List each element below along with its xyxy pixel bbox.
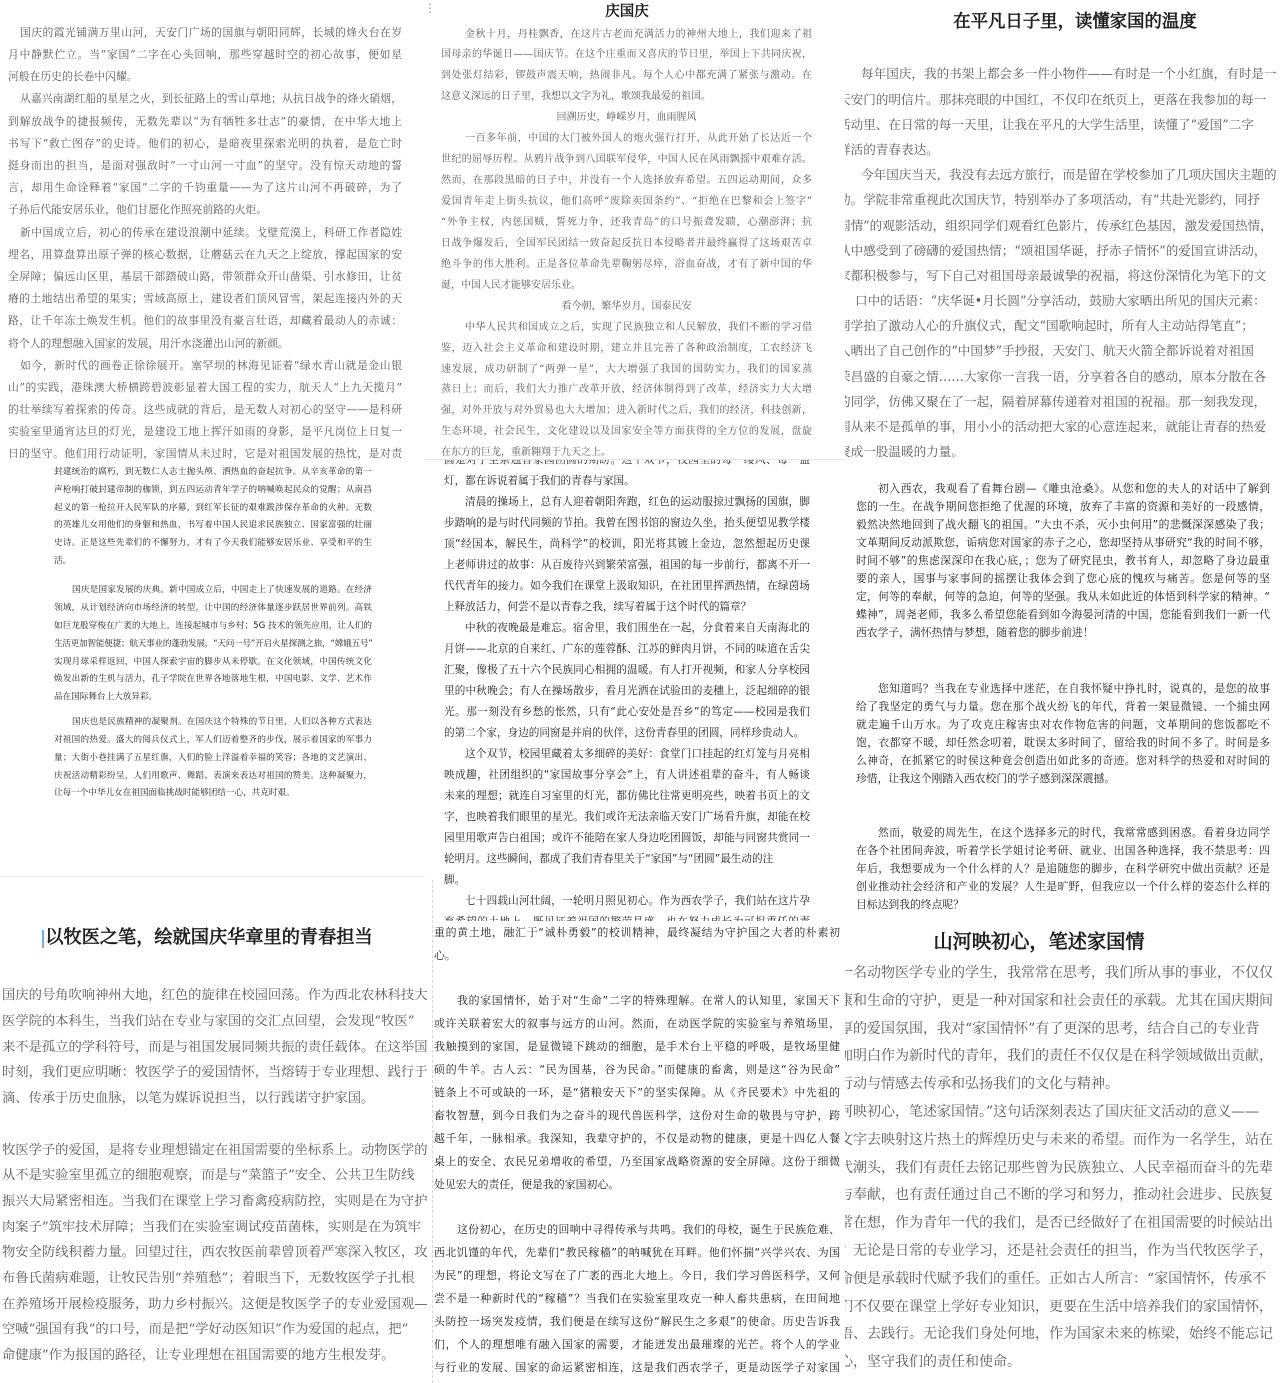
text-line: 人晒出了自己创作的“中国梦”手抄报，天安门、航天火箭全都诉说着对祖国 bbox=[845, 338, 1280, 363]
text-line: 国庆是国家发展的庆典。新中国成立后，中国走上了快速发展的道路。在经济 bbox=[54, 582, 372, 600]
text-line: 尝不是一种新时代的“稼穑”？当我们在实验室里攻克一种人畜共患病，在田间地 bbox=[434, 1287, 840, 1310]
text-line: 加明白作为新时代的青年，我们的责任不仅仅是在科学领域做出贡献， bbox=[845, 1043, 1273, 1071]
text-line: 生活更加智能便捷；航天事业的蓬勃发展，“天问一号”开启火星探测之旅，“嫦娥五号” bbox=[54, 636, 372, 654]
panel-divider-dashed bbox=[432, 880, 433, 1383]
panel-divider bbox=[0, 876, 425, 877]
text-line: 创业推动社会经济和产业的发展？人生是旷野，但我应以一个什么样的姿态什么样的 bbox=[856, 878, 1270, 896]
essay-body: 圆是对于至亲翘首家园团圆的期盼。这个双节，校园里的每一缕风、每一盏 灯，都在诉说… bbox=[444, 459, 810, 921]
text-line: 鉴，迈入社会主义革命和建设时期，建立并且完善了各种政治制度，工农经济飞 bbox=[441, 339, 812, 360]
text-line: 与行业的发展、国家的命运紧密相连，这是我们西农学子，更是动医学子对家国 bbox=[434, 1356, 840, 1379]
text-line: 国庆的号角吹响神州大地，红色的旋律在校园回荡。作为西北农林科技大 bbox=[2, 983, 428, 1009]
essay-body: 国庆的霞光铺满万里山河，天安门广场的国旗与朝阳同辉，长城的烽火台在岁 月中静默伫… bbox=[8, 22, 402, 460]
text-line: 的壮举续写着探索的传奇。这些成就的背后，是无数人对初心的坚守——是科研 bbox=[8, 399, 402, 421]
text-line: 起义的第一枪拉开人民军队的序幕，到红军长征的艰难跋涉保存革命的火种。无数 bbox=[54, 500, 372, 518]
essay-excerpt-life-and-nation: 重的黄土地，融汇于“诚朴勇毅”的校训精神，最终凝结为守护国之大者的朴素初 心。 … bbox=[432, 922, 845, 1383]
text-line: 子孙后代能安居乐业，他们甘愿化作照亮前路的火炬。 bbox=[8, 199, 402, 221]
text-line: “外争主权，内惩国贼，誓死力争，还我青岛”的口号振聋发聩，心潮澎湃；抗 bbox=[441, 213, 812, 234]
text-line: 饱，衣都穿不暖，却任然念叨着，耽误太多时间了，留给我的时间不多了。时间是多 bbox=[856, 734, 1270, 752]
text-line: 埋名，用算盘算出原子弹的核心数据，让蘑菇云在九天之上绽放，撑起国家的安 bbox=[8, 244, 402, 266]
text-line: 映成趣，社团组织的“家国故事分享会”上，有人讲述祖辈的奋斗，有人畅谈 bbox=[444, 765, 810, 786]
text-line: 布鲁氏菌病难题，让牧民告别“养殖愁”；着眼当下，无数牧医学子扎根 bbox=[2, 1266, 428, 1292]
text-line: 活动里、在日常的每一天里，让我在平凡的大学生活里，读懂了“爱国”二字 bbox=[845, 112, 1280, 137]
essay-title: 在平凡日子里，读懂家国的温度 bbox=[845, 10, 1280, 34]
text-line: 处见宏大的责任，便是我的家国初心。 bbox=[434, 1173, 840, 1196]
text-line: 初入西农，我观看了看舞台剧—《雕虫沧桑》。从您和您的夫人的对话中了解到 bbox=[856, 480, 1270, 498]
text-line: 就走遍千山万水。为了攻克庄稼害虫对农作物危害的问题，文革期间的您饭都吃不 bbox=[856, 716, 1270, 734]
text-line: 物安全防线积蓄力量。回望过往，西农牧医前辈曾顶着严寒深入牧区，攻 bbox=[2, 1240, 428, 1266]
text-line: 中华人民共和国成立之后，实现了民族独立和人民解放，我们不断的学习借 bbox=[441, 318, 812, 339]
text-line: 将个人的理想融入国家的发展，用汗水浇灌出山河的新颜。 bbox=[8, 333, 402, 355]
text-line: 文革期间反动派欺您，诟病您对国家的赤子之心，您却坚持从事研究“我的时间不够， bbox=[856, 534, 1270, 552]
text-line: 语、去践行。无论我们身处何地，作为国家未来的栋梁，始终不能忘记 bbox=[845, 1321, 1273, 1349]
text-line: 为民”的理想，将论文写在了广袤的西北大地上。今日，我们学习兽医科学，又何 bbox=[434, 1264, 840, 1287]
essay-body: 每年国庆，我的书架上都会多一件小物件——有时是一个小红旗，有时是一 天安门的明信… bbox=[845, 61, 1280, 462]
text-line: 目标达到我的终点呢？ bbox=[856, 896, 1270, 914]
essay-excerpt-family-nation: 国庆的霞光铺满万里山河，天安门广场的国旗与朝阳同辉，长城的烽火台在岁 月中静默伫… bbox=[0, 0, 425, 460]
text-line: 量；大街小巷挂满了五星红旗，人们的脸上洋溢着幸福的笑容；各地的文艺演出、 bbox=[54, 750, 372, 768]
text-line: 这份初心，在历史的回响中寻得传承与共鸣。我们的母校，诞生于民族危难、 bbox=[434, 1218, 840, 1241]
section-heading: 看今朝，繁华岁月，国泰民安 bbox=[441, 297, 812, 318]
text-line: 强，对外开放与对外贸易也大大增加；进入新时代之后，我们的经济，科技创新， bbox=[441, 401, 812, 422]
text-line: 常在想，作为青年一代的我们，是否已经做好了在祖国需要的时候站出 bbox=[845, 1210, 1273, 1238]
essay-title: 庆国庆 bbox=[428, 3, 826, 21]
text-line: 然而，在那段黑暗的日子中，并没有一个人选择放弃希望。五四运动期间，众多 bbox=[441, 171, 812, 192]
text-line: 品在国际舞台上大放异彩。 bbox=[54, 689, 372, 707]
essay-body: 重的黄土地，融汇于“诚朴勇毅”的校训精神，最终凝结为守护国之大者的朴素初 心。 … bbox=[434, 922, 840, 1379]
text-line: 国母亲的华诞日——国庆节。在这个庄重而又喜庆的节日里，举国上下共同庆祝， bbox=[441, 45, 812, 66]
essay-title: 以牧医之笔，绘就国庆华章里的青春担当 bbox=[0, 926, 418, 950]
text-line: 到处张灯结彩，锣鼓声震天响，热闹非凡。每个人心中都充满了紧张与激动。在 bbox=[441, 66, 812, 87]
text-line: 的第二个家，身边的同窗是并肩的伙伴，这份青春里的团圆，同样珍贵动人。 bbox=[444, 723, 810, 744]
drag-handle-icon[interactable]: ⋮ bbox=[424, 2, 436, 14]
text-line: 时间不够”的焦虑深深印在我心底，；您为了研究昆虫，教书育人，却忽略了身边最重 bbox=[856, 552, 1270, 570]
section-heading: 回溯历史，峥嵘岁月，血雨腥风 bbox=[441, 108, 812, 129]
text-line: 鲜活的青春表达。 bbox=[845, 137, 1280, 162]
text-line: 这意义深远的日子里，我想以文字为礼，歌颂我最爱的祖国。 bbox=[441, 87, 812, 108]
essay-title: 山河映初心，笔述家国情 bbox=[845, 930, 1233, 954]
text-line: 月中静默伫立。当“家国”二字在心头回响，那些穿越时空的初心故事，便如星 bbox=[8, 44, 402, 66]
text-line: 天安门的明信片。那抹亮眼的中国红，不仅印在纸页上，更落在我参加的每一 bbox=[845, 87, 1280, 112]
text-line: 河映初心，笔述家国情。”这句话深刻表达了国庆征文活动的意义—— bbox=[845, 1099, 1273, 1127]
text-line: 光。那一刻没有乡愁的怅然，只有“此心安处是吾乡”的笃定——校园是我们 bbox=[444, 702, 810, 723]
text-line: 桌上的安全、农民兄弟增收的希望，乃至国家战略资源的安全屏障。这份于细微 bbox=[434, 1150, 840, 1173]
text-line: 今年国庆当天，我没有去远方旅行，而是留在学校参加了几项庆国庆主题的 bbox=[845, 162, 1280, 187]
text-line: 山”的实践，港珠澳大桥横跨碧波彰显着大国工程的实力，航天人“上九天揽月” bbox=[8, 377, 402, 399]
text-line: 蝶神”，周尧老师，我多么希望您能看到如今海晏河清的中国，您能看到我们一新一代 bbox=[856, 606, 1270, 624]
text-line: 到解放战争的捷报频传，无数先辈以“为有牺牲多壮志”的豪情，在中华大地上 bbox=[8, 111, 402, 133]
text-line: 步踏响的是与时代同频的节拍。我曾在图书馆的窗边久坐，抬头便望见教学楼 bbox=[444, 513, 810, 534]
essay-body: 初入西农，我观看了看舞台剧—《雕虫沧桑》。从您和您的夫人的对话中了解到 您的一生… bbox=[856, 480, 1270, 914]
text-line: 要的亲人，国事与家事间的摇摆让我体会到了您心底的愧疚与痛苦。您是何等的坚 bbox=[856, 570, 1270, 588]
essay-body: 国庆的号角吹响神州大地，红色的旋律在校园回荡。作为西北农林科技大 医学院的本科生… bbox=[2, 983, 428, 1369]
letter-to-teacher-zhou: 初入西农，我观看了看舞台剧—《雕虫沧桑》。从您和您的夫人的对话中了解到 您的一生… bbox=[845, 463, 1280, 915]
text-line: 在养殖场开展检疫服务，助力乡村振兴。这便是牧医学子的专业爱国观— bbox=[2, 1292, 428, 1318]
text-line: 如今，新时代的画卷正徐徐展开。塞罕坝的林海见证着“绿水青山就是金山银 bbox=[8, 355, 402, 377]
text-line: 清晨的操场上，总有人迎着朝阳奔跑，红色的运动服掠过飘扬的国旗，脚 bbox=[444, 492, 810, 513]
text-line: 河般在历史的长卷中闪耀。 bbox=[8, 66, 402, 88]
text-line: 心。 bbox=[434, 944, 840, 967]
text-line: 声枪响打破封建帝制的枷锁，到五四运动青年学子的呐喊唤起民众的觉醒；从南昌 bbox=[54, 482, 372, 500]
text-line: 行动与情感去传承和弘扬我们的文化与精神。 bbox=[845, 1071, 1273, 1099]
text-line: 西北饥馑的年代，先辈们“教民稼穑”的呐喊犹在耳畔。他们怀揣“兴学兴农、为国 bbox=[434, 1241, 840, 1264]
text-line: 家都积极参与，写下自己对祖国母亲最诚挚的祝福，将这份深情化为笔下的文 bbox=[845, 263, 1280, 288]
text-line: 在东方的巨龙，重新翱翔于九天之上。 bbox=[441, 443, 812, 459]
text-line: 灯，都在诉说着属于我们的青春与家国。 bbox=[444, 471, 810, 492]
text-line: 牧医学子的爱国，是将专业理想锚定在祖国需要的坐标系上。动物医学的 bbox=[2, 1138, 428, 1164]
text-line: 活。 bbox=[54, 553, 372, 571]
panel-divider bbox=[425, 459, 845, 460]
text-line: 新中国成立后，初心的传承在建设浪潮中延续。戈壁荒漠上，科研工作者隐姓 bbox=[8, 222, 402, 244]
text-line: 我的家国情怀，始于对“生命”二字的特殊理解。在常人的认知里，家国天下 bbox=[434, 989, 840, 1012]
text-line: 然而，敬爱的周先生，在这个选择多元的时代，我常常感到困惑。看着身边同学 bbox=[856, 824, 1270, 842]
essay-celebrate-national-day: 庆国庆 金秋十月，丹桂飘香，在这片古老而充满活力的神州大地上，我们迎来了祖 国母… bbox=[428, 0, 845, 459]
text-line: 命便是承载时代赋予我们的重任。正如古人所言：“家国情怀，传承不 bbox=[845, 1266, 1273, 1294]
text-line: 心，坚守我们的责任和使命。 bbox=[845, 1349, 1273, 1377]
text-line: 毅然决然地回到了战火翻飞的祖国。“大虫不杀，灭小虫何用”的悲慨深深感染了我； bbox=[856, 516, 1270, 534]
text-line: 世纪的屈辱历程。从鸦片战争到八国联军侵华，中国人民在风雨飘摇中艰难存活。 bbox=[441, 150, 812, 171]
text-line: 每年国庆，我的书架上都会多一件小物件——有时是一个小红旗，有时是一 bbox=[845, 61, 1280, 86]
text-line: 们不仅要在课堂上学好专业知识，更要在生活中培养我们的家国情怀， bbox=[845, 1294, 1273, 1322]
essay-veterinary-youth: 以牧医之笔，绘就国庆华章里的青春担当 国庆的号角吹响神州大地，红色的旋律在校园回… bbox=[0, 880, 432, 1383]
text-line: 年后，我想要成为一个什么样的人？是追随您的脚步，在科学研究中做出贡献？还是 bbox=[856, 860, 1270, 878]
text-line: 空喊“强国有我”的口号，而是把“学好动医知识”作为爱国的起点，把“ bbox=[2, 1317, 428, 1343]
text-line: 言，却用生命诠释着“家国”二字的千钧重量——为了这片山河不再破碎，为了 bbox=[8, 177, 402, 199]
text-line: 未来的理想；就连自习室里的灯光，都仿佛比往常更明亮些，映着书页上的文 bbox=[444, 786, 810, 807]
text-line: 日的坚守。他们用行动证明，家国情从未过时，它是对祖国发展的热忱，是对责 bbox=[8, 443, 402, 460]
text-line: 定，何等的奉献，何等的急迫，何等的坚强。我从未如此近的体悟到科学家的精神。“ bbox=[856, 588, 1270, 606]
text-line: 从嘉兴南湖红船的星星之火，到长征路上的雪山草地；从抗日战争的烽火硝烟， bbox=[8, 88, 402, 110]
text-line: 如巨龙般穿梭在广袤的大地上，连接起城市与乡村；5G 技术的领先应用，让人们的 bbox=[54, 618, 372, 636]
text-line: 生态环境，社会民生，文化建设以及国家安全等方面获得的全方位的发展，盘旋 bbox=[441, 422, 812, 443]
text-line: 实现月球采样返回，中国人探索宇宙的脚步从未停歇。在文化领域，中国传统文化 bbox=[54, 654, 372, 672]
text-line: 头防控一场突发疫情，我们便是在续写这份“解民生之多艰”的使命。历史告诉我 bbox=[434, 1310, 840, 1333]
text-line: 链条上不可或缺的一环，是“猪粮安天下”的坚实保障。从《齐民要术》中先祖的 bbox=[434, 1081, 840, 1104]
text-line: 越千年，一脉相承。我深知，我辈守护的，不仅是动物的健康，更是十四亿人餐 bbox=[434, 1127, 840, 1150]
text-line: 月饼——北京的自来红、广东的莲蓉酥、江苏的鲜肉月饼，不同的味道在舌尖 bbox=[444, 639, 810, 660]
text-line: 挺身而出的担当，是面对强敌时“一寸山河一寸血”的坚守。没有惊天动地的誓 bbox=[8, 155, 402, 177]
text-line: 中秋的夜晚最是难忘。宿舍里，我们围坐在一起，分食着来自天南海北的 bbox=[444, 618, 810, 639]
text-line: 给了我坚定的勇气与力量。您在那个战火纷飞的年代，背着一架显微镜、一个捕虫网 bbox=[856, 698, 1270, 716]
text-line: ？无论是日常的专业学习，还是社会责任的担当，作为当代牧医学子， bbox=[845, 1238, 1273, 1266]
text-line: 这个双节，校园里藏着太多细碎的美好：食堂门口挂起的红灯笼与月亮相 bbox=[444, 744, 810, 765]
text-line: 爱国青年走上街头抗议，他们高呼“废除卖国条约”、“拒绝在巴黎和会上签字” bbox=[441, 192, 812, 213]
text-line: 史诗。正是这些先辈们的不懈努力，才有了今天我们能够安居乐业、享受和平的生 bbox=[54, 535, 372, 553]
essay-excerpt-national-day: 封建统治的腐朽，到无数仁人志士抛头颅、洒热血的奋起抗争。从辛亥革命的第一 声枪响… bbox=[0, 460, 428, 876]
text-line: 振兴大局紧密相连。当我们在课堂上学习畜禽疫病防控，实则是在为守护 bbox=[2, 1189, 428, 1215]
text-line: 顶“经国本，解民生，尚科学”的校训，阳光将其镀上金边，忽然想起历史课 bbox=[444, 534, 810, 555]
text-line: 从不是实验室里孤立的细胞观察，而是与“菜篮子”安全、公共卫生防线 bbox=[2, 1163, 428, 1189]
text-line: 或许关联着宏大的叙事与远方的山河。然而，在动医学院的实验室与养殖场里， bbox=[434, 1012, 840, 1035]
text-line: 肉案子”筑牢技术屏障；当我们在实验室调试疫苗菌株，实则是在为筑牢 bbox=[2, 1215, 428, 1241]
text-line: 我触摸到的家国，是显微镜下跳动的细胞，是手术台上平稳的呼吸，是牧场里健 bbox=[434, 1035, 840, 1058]
text-line: 全屏障；偏远山区里，基层干部踏破山路，带领群众开山凿渠、引水修田，让贫 bbox=[8, 266, 402, 288]
text-line: 育希望的土地上，既见证着祖国的繁荣昌盛，也在努力成长为可担重任的青 bbox=[444, 912, 810, 922]
text-line: 国情”的观影活动，组织同学们观看红色影片，传承红色基因，激发爱国热情， bbox=[845, 213, 1280, 238]
text-line: 么神奇，在抓紧它的时侯这种竟会创造出如此多的奇迹。您对科学的热爱和对时间的 bbox=[856, 752, 1270, 770]
text-line: 汇聚，像极了五十六个民族同心相拥的温暖。有人打开视频，和家人分享校园 bbox=[444, 660, 810, 681]
text-line: 里的中秋晚会；有人在操场散步，看月光洒在试验田的麦穗上，泛起细碎的银 bbox=[444, 681, 810, 702]
text-line: 您知道吗？当我在专业选择中迷茫，在自我怀疑中挣扎时，说真的，是您的故事 bbox=[856, 680, 1270, 698]
text-line: 书写下“救亡图存”的史诗。他们的初心，是暗夜里探索光明的执着，是危亡时 bbox=[8, 133, 402, 155]
text-line: 让每一个中华儿女在祖国面临挑战时能够团结一心，共克时艰。 bbox=[54, 785, 372, 803]
text-line: 诞，中国人民才能够安居乐业。 bbox=[441, 276, 812, 297]
text-line: 厚的爱国氛围，我对“家国情怀”有了更深的思考，结合自己的专业背 bbox=[845, 1016, 1273, 1044]
text-line: 领域，从计划经济向市场经济的转型，让中国的经济体量逐步跃居世界前列。高铁 bbox=[54, 600, 372, 618]
text-line: 上老师讲过的故事：从百废待兴到繁荣富强，祖国的每一步前行，都离不开一 bbox=[444, 555, 810, 576]
text-line: 同学拍了激动人心的升旗仪式，配文“国歌响起时，所有人主动站得笔直”； bbox=[845, 313, 1280, 338]
text-line: 圆是对于至亲翘首家园团圆的期盼。这个双节，校园里的每一缕风、每一盏 bbox=[444, 459, 810, 471]
text-line: 脚。 bbox=[444, 870, 810, 891]
text-line: 在各个社团间奔波，听着学长学姐讨论考研、就业、出国各种选择，我不禁思考：四 bbox=[856, 842, 1270, 860]
text-line: 封建统治的腐朽，到无数仁人志士抛头颅、洒热血的奋起抗争。从辛亥革命的第一 bbox=[54, 464, 372, 482]
essay-mountains-rivers: 山河映初心，笔述家国情 一名动物医学专业的学生，我常常在思考，我们所从事的事业，… bbox=[845, 915, 1280, 1383]
text-line: 上释放活力，何尝不是以青春之我，续写着属于这个时代的篇章？ bbox=[444, 597, 810, 618]
text-line: 动。学院非常重视此次国庆节，特别举办了多项活动，有“共赴光影约，同抒 bbox=[845, 187, 1280, 212]
text-line: 们，个人的理想唯有融入国家的需要，才能迸发出最璀璨的光芒。将个人的学业 bbox=[434, 1333, 840, 1356]
text-line: 一百多年前，中国的大门被外国人的炮火强行打开，从此开始了长达近一个 bbox=[441, 129, 812, 150]
text-line: 的英雄儿女用他们的身躯和热血，书写着中国人民追求民族独立、国家富强的壮丽 bbox=[54, 517, 372, 535]
text-line: 畜牧智慧，到今日我们为之奋斗的现代兽医科学，这份对生命的敬畏与守护，跨 bbox=[434, 1104, 840, 1127]
text-line: 滴、传承于历史血脉，以笔为媒诉说担当，以行践诺守护家国。 bbox=[2, 1086, 428, 1112]
text-line: 瘠的土地结出希望的果实；雪域高原上，建设者们顶风冒雪，架起连接内外的天 bbox=[8, 288, 402, 310]
essay-excerpt-campus-festival: 圆是对于至亲翘首家园团圆的期盼。这个双节，校园里的每一缕风、每一盏 灯，都在诉说… bbox=[430, 459, 845, 921]
text-line: 轮明月。这些瞬间，都成了我们青春里关于“家国”与“团圆”最生动的注 bbox=[444, 849, 810, 870]
text-line: 时刻，我们更应明晰：牧医学子的爱国情怀，当熔铸于专业理想、践行于 bbox=[2, 1060, 428, 1086]
essay-body: 一名动物医学专业的学生，我常常在思考，我们所从事的事业，不仅仅 康和生命的守护，… bbox=[845, 960, 1273, 1377]
text-line: 园里用歌声告白祖国；或许不能陪在家人身边吃团圆饭，却能与同窗共赏同一 bbox=[444, 828, 810, 849]
text-line: 命健康”作为报国的路径，让专业理想在祖国需要的地方生根发芽。 bbox=[2, 1343, 428, 1369]
text-line: 日战争爆发后，全国军民团结一致奋起反抗日本侵略者并最终赢得了这场艰苦卓 bbox=[441, 234, 812, 255]
text-line: 国从来不是孤单的事，用小小的活动把大家的心意连起来，就能让青春的热爱 bbox=[845, 414, 1280, 439]
text-line: 珍惜，让我这个刚踏入西农校门的学子感到深深震撼。 bbox=[856, 770, 1270, 788]
text-line: 路，让千年冻土焕发生机。他们的故事里没有豪言壮语，却藏着最动人的赤诚： bbox=[8, 310, 402, 332]
text-line: 庆祝活动精彩纷呈，人们用歌声、舞蹈、表演来表达对祖国的赞美。这种凝聚力， bbox=[54, 768, 372, 786]
text-line: 文字去映射这片热土的辉煌历史与未来的希望。而作为一名学生，站在 bbox=[845, 1127, 1273, 1155]
text-line: 金秋十月，丹桂飘香，在这片古老而充满活力的神州大地上，我们迎来了祖 bbox=[441, 25, 812, 46]
text-line: 来不是孤立的学科符号，而是与祖国发展同频共振的责任载体。在这举国 bbox=[2, 1035, 428, 1061]
essay-warmth-of-nation: 在平凡日子里，读懂家国的温度 每年国庆，我的书架上都会多一件小物件——有时是一个… bbox=[845, 0, 1280, 462]
text-line: 字，也映着我们眼里的星光。我们或许无法亲临天安门广场看升旗，却能在校 bbox=[444, 807, 810, 828]
text-line: 口中的话语：“庆华诞•月长圆”分享活动，鼓励大家晒出所见的国庆元素： bbox=[845, 288, 1280, 313]
text-line: 国庆也是民族精神的凝聚剂。在国庆这个特殊的节日里，人们以各种方式表达 bbox=[54, 714, 372, 732]
text-line: 速发展，成功研制了“两弹一星”，大大增强了我国的国防实力，我们的国家蒸 bbox=[441, 360, 812, 381]
text-line: 绝斗争的伟大胜利。正是各位革命先辈鞠躬尽瘁，浴血奋战，才有了新中国的华 bbox=[441, 255, 812, 276]
text-line: 医学院的本科生，当我们站在专业与家国的交汇点回望，会发现“牧医” bbox=[2, 1009, 428, 1035]
text-line: 一名动物医学专业的学生，我常常在思考，我们所从事的事业，不仅仅 bbox=[845, 960, 1273, 988]
essay-body: 金秋十月，丹桂飘香，在这片古老而充满活力的神州大地上，我们迎来了祖 国母亲的华诞… bbox=[441, 25, 812, 460]
text-line: 的同学，仿佛又聚在了一起，隔着屏幕传递着对祖国的祝福。那一刻我发现， bbox=[845, 389, 1280, 414]
text-line: 您的一生。在战争期间您拒绝了优渥的环境，放弃了丰富的资源和美好的一段感情， bbox=[856, 498, 1270, 516]
text-line: 与奉献，也有责任通过自己不断的学习和努力，推动社会进步、民族复 bbox=[845, 1182, 1273, 1210]
text-line: 聚成一股温暖的力量。 bbox=[845, 439, 1280, 462]
text-line: 焕发出新的生机与活力，孔子学院在世界各地落地生根，中国电影、文学、艺术作 bbox=[54, 671, 372, 689]
text-line: 代潮头，我们有责任去铭记那些曾为民族独立、人民幸福而奋斗的先辈 bbox=[845, 1155, 1273, 1183]
text-line: 实验室里通宵达旦的灯光，是建设工地上挥汗如雨的身影，是平凡岗位上日复一 bbox=[8, 421, 402, 443]
text-line: 西农学子，满怀热情与梦想，随着您的脚步前进！ bbox=[856, 624, 1270, 642]
text-line: 从中感受到了磅礴的爱国热情；“颂祖国华诞，抒赤子情怀”的爱国宣讲活动， bbox=[845, 238, 1280, 263]
text-line: 代代青年的接力。如今我们在课堂上汲取知识，在社团里挥洒热情，在绿茵场 bbox=[444, 576, 810, 597]
essay-collage: 国庆的霞光铺满万里山河，天安门广场的国旗与朝阳同辉，长城的烽火台在岁 月中静默伫… bbox=[0, 0, 1280, 1383]
text-line: 硕的牛羊。古人云：“民为国基，谷为民命。”而健康的畜禽，则是这“谷为民命” bbox=[434, 1058, 840, 1081]
text-line: 国庆的霞光铺满万里山河，天安门广场的国旗与朝阳同辉，长城的烽火台在岁 bbox=[8, 22, 402, 44]
text-line: 七十四载山河壮阔，一轮明月照见初心。作为西农学子，我们站在这片孕 bbox=[444, 891, 810, 912]
text-line: 蒸日上；而后，我们大力推广改革开放，经济体制得到了改革，经济实力大大增 bbox=[441, 380, 812, 401]
text-line: 康和生命的守护，更是一种对国家和社会责任的承载。尤其在国庆期间 bbox=[845, 988, 1273, 1016]
text-line: 重的黄土地，融汇于“诚朴勇毅”的校训精神，最终凝结为守护国之大者的朴素初 bbox=[434, 922, 840, 944]
text-line: 对祖国的热爱。盛大的阅兵仪式上，军人们迈着整齐的步伐，展示着国家的军事力 bbox=[54, 732, 372, 750]
essay-body: 封建统治的腐朽，到无数仁人志士抛头颅、洒热血的奋起抗争。从辛亥革命的第一 声枪响… bbox=[54, 464, 372, 803]
text-line: 荣昌盛的自豪之情……大家你一言我一语，分享着各自的感动，原本分散在各 bbox=[845, 364, 1280, 389]
